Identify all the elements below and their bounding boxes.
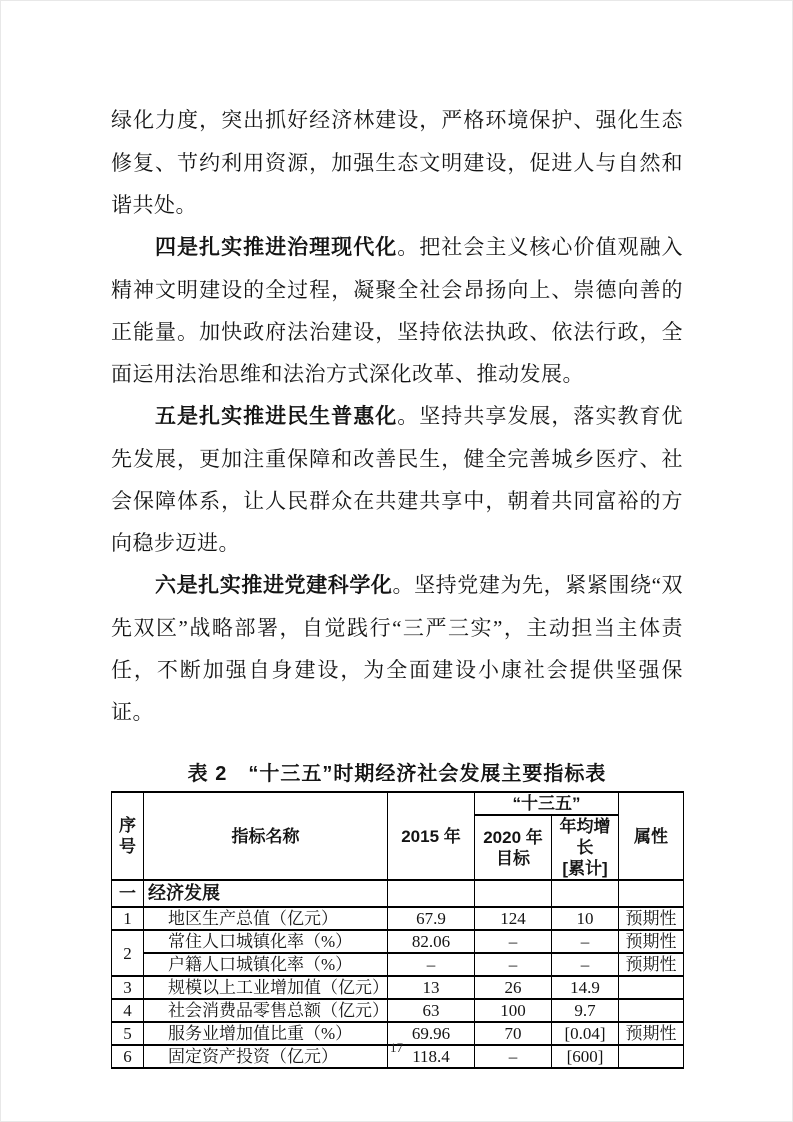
cell-seq: 4: [112, 999, 144, 1022]
col-header-2020-target: 2020 年 目标: [475, 815, 552, 880]
cell-2020: 26: [475, 976, 552, 999]
cell-seq: 一: [112, 880, 144, 907]
page-content: 绿化力度，突出抓好经济林建设，严格环境保护、强化生态修复、节约利用资源，加强生态…: [111, 99, 683, 1069]
paragraph-text: 绿化力度，突出抓好经济林建设，严格环境保护、强化生态修复、节约利用资源，加强生态…: [111, 108, 683, 217]
cell-2020: –: [475, 930, 552, 953]
cell-2015: 82.06: [388, 930, 475, 953]
cell-growth: –: [552, 953, 619, 976]
cell-2020: 100: [475, 999, 552, 1022]
cell-2015: 63: [388, 999, 475, 1022]
cell-attr: 预期性: [619, 907, 684, 930]
cell-attr: [619, 976, 684, 999]
cell-2015: 67.9: [388, 907, 475, 930]
cell-name: 经济发展: [144, 880, 388, 907]
cell-growth: 14.9: [552, 976, 619, 999]
cell-name: 常住人口城镇化率（%）: [144, 930, 388, 953]
cell-attr: 预期性: [619, 953, 684, 976]
page-number: 17: [0, 1040, 793, 1056]
cell-2020: [475, 880, 552, 907]
table-row: 户籍人口城镇化率（%） – – – 预期性: [112, 953, 684, 976]
cell-attr: [619, 999, 684, 1022]
table-category-row: 一 经济发展: [112, 880, 684, 907]
cell-growth: –: [552, 930, 619, 953]
col-header-plan-span: “十三五”: [475, 792, 619, 815]
cell-name: 户籍人口城镇化率（%）: [144, 953, 388, 976]
table-row: 1 地区生产总值（亿元） 67.9 124 10 预期性: [112, 907, 684, 930]
col-header-annual-growth: 年均增长 [累计]: [552, 815, 619, 880]
paragraph-item-4: 四是扎实推进治理现代化。把社会主义核心价值观融入精神文明建设的全过程，凝聚全社会…: [111, 226, 683, 395]
table-row: 3 规模以上工业增加值（亿元） 13 26 14.9: [112, 976, 684, 999]
cell-growth: 9.7: [552, 999, 619, 1022]
paragraph-lead: 六是扎实推进党建科学化: [155, 574, 393, 597]
col-header-attr: 属性: [619, 792, 684, 880]
paragraph-continuation: 绿化力度，突出抓好经济林建设，严格环境保护、强化生态修复、节约利用资源，加强生态…: [111, 99, 683, 226]
col-header-seq: 序号: [112, 792, 144, 880]
table-header-row-1: 序号 指标名称 2015 年 “十三五” 属性: [112, 792, 684, 815]
col-header-2015: 2015 年: [388, 792, 475, 880]
paragraph-item-6: 六是扎实推进党建科学化。坚持党建为先，紧紧围绕“双先双区”战略部署，自觉践行“三…: [111, 564, 683, 733]
cell-2015: 13: [388, 976, 475, 999]
table-title: 表 2 “十三五”时期经济社会发展主要指标表: [111, 762, 683, 786]
cell-name: 地区生产总值（亿元）: [144, 907, 388, 930]
cell-2015: [388, 880, 475, 907]
col-header-name: 指标名称: [144, 792, 388, 880]
cell-2015: –: [388, 953, 475, 976]
paragraph-item-5: 五是扎实推进民生普惠化。坚持共享发展，落实教育优先发展，更加注重保障和改善民生，…: [111, 395, 683, 564]
cell-growth: 10: [552, 907, 619, 930]
cell-2020: –: [475, 953, 552, 976]
cell-seq: 1: [112, 907, 144, 930]
indicators-table: 序号 指标名称 2015 年 “十三五” 属性 2020 年 目标 年均增长 […: [111, 791, 684, 1069]
cell-seq: 3: [112, 976, 144, 999]
table-row: 2 常住人口城镇化率（%） 82.06 – – 预期性: [112, 930, 684, 953]
cell-seq: 2: [112, 930, 144, 976]
cell-name: 社会消费品零售总额（亿元）: [144, 999, 388, 1022]
paragraph-lead: 四是扎实推进治理现代化: [155, 236, 397, 259]
cell-attr: [619, 880, 684, 907]
table-row: 4 社会消费品零售总额（亿元） 63 100 9.7: [112, 999, 684, 1022]
paragraph-lead: 五是扎实推进民生普惠化: [155, 405, 397, 428]
cell-attr: 预期性: [619, 930, 684, 953]
document-page: 绿化力度，突出抓好经济林建设，严格环境保护、强化生态修复、节约利用资源，加强生态…: [0, 0, 793, 1122]
cell-2020: 124: [475, 907, 552, 930]
cell-growth: [552, 880, 619, 907]
cell-name: 规模以上工业增加值（亿元）: [144, 976, 388, 999]
